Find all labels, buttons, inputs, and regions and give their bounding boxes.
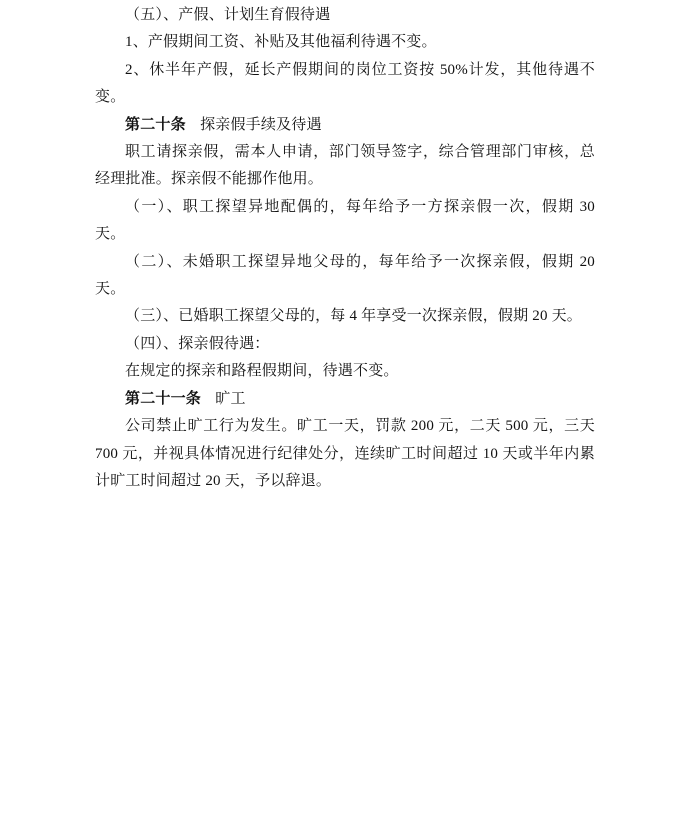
article-21-heading: 第二十一条旷工 (95, 386, 595, 413)
list-item-maternity-1: 1、产假期间工资、补贴及其他福利待遇不变。 (95, 29, 595, 56)
document-text-block: （五）、产假、计划生育假待遇 1、产假期间工资、补贴及其他福利待遇不变。 2、休… (95, 2, 595, 495)
list-item-maternity-heading: （五）、产假、计划生育假待遇 (95, 2, 595, 29)
family-visit-benefit-note: 在规定的探亲和路程假期间，待遇不变。 (95, 358, 595, 385)
article-20-number: 第二十条 (125, 117, 186, 133)
article-20-title: 探亲假手续及待遇 (200, 117, 322, 133)
list-item-family-visit-2: （二）、未婚职工探望异地父母的，每年给予一次探亲假，假期 20 天。 (95, 249, 595, 304)
list-item-family-visit-3: （三）、已婚职工探望父母的，每 4 年享受一次探亲假，假期 20 天。 (95, 303, 595, 330)
article-20-heading: 第二十条探亲假手续及待遇 (95, 112, 595, 139)
list-item-maternity-2: 2、休半年产假，延长产假期间的岗位工资按 50%计发，其他待遇不变。 (95, 57, 595, 112)
article-21-number: 第二十一条 (125, 391, 201, 407)
list-item-family-visit-4: （四）、探亲假待遇： (95, 331, 595, 358)
list-item-family-visit-1: （一）、职工探望异地配偶的，每年给予一方探亲假一次，假期 30 天。 (95, 194, 595, 249)
document-page: （五）、产假、计划生育假待遇 1、产假期间工资、补贴及其他福利待遇不变。 2、休… (0, 0, 700, 827)
article-21-body: 公司禁止旷工行为发生。旷工一天，罚款 200 元，二天 500 元，三天 700… (95, 413, 595, 495)
article-21-title: 旷工 (215, 391, 245, 407)
article-20-body: 职工请探亲假，需本人申请，部门领导签字，综合管理部门审核，总经理批准。探亲假不能… (95, 139, 595, 194)
